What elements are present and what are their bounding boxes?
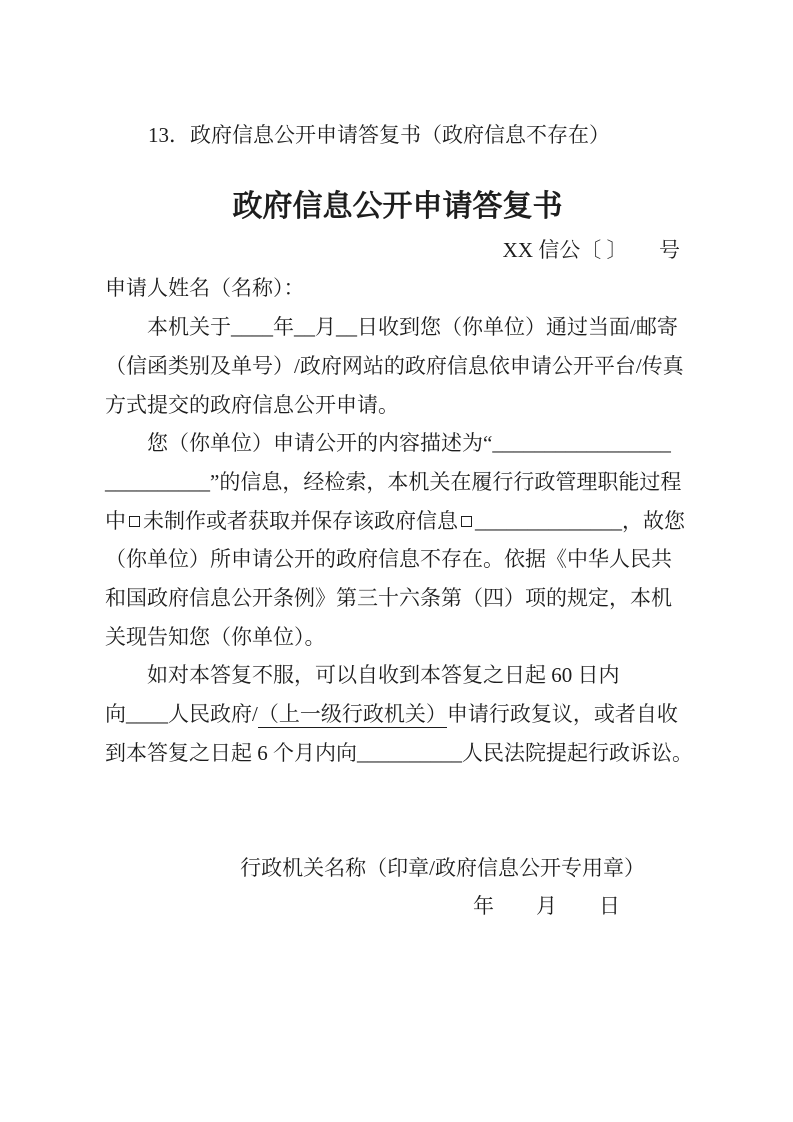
para-finding-line1: 您（你单位）申请公开的内容描述为“_________________ xyxy=(105,424,690,463)
document-title: 政府信息公开申请答复书 xyxy=(105,185,690,229)
para-remedy-line1: 如对本答复不服，可以自收到本答复之日起 60 日内 xyxy=(105,656,690,695)
para-receipt-line1: 本机关于____年__月__日收到您（你单位）通过当面/邮寄 xyxy=(105,308,690,347)
para-remedy-line2-underlined: （上一级行政机关） xyxy=(258,702,447,728)
checkbox-icon xyxy=(461,516,472,527)
para-finding-line2: __________”的信息，经检索，本机关在履行行政管理职能过程 xyxy=(105,463,690,502)
para-remedy-line3: 到本答复之日起 6 个月内向__________人民法院提起行政诉讼。 xyxy=(105,734,690,773)
checkbox-icon xyxy=(129,516,140,527)
agency-signature-line: 行政机关名称（印章/政府信息公开专用章） xyxy=(105,849,690,888)
para-finding-line6: 关现告知您（你单位）。 xyxy=(105,618,690,657)
para-receipt-line2: （信函类别及单号）/政府网站的政府信息依申请公开平台/传真 xyxy=(105,347,690,386)
date-signature-line: 年 月 日 xyxy=(105,887,690,926)
applicant-name-label: 申请人姓名（名称）： xyxy=(105,269,690,308)
para-finding-line3-post: ______________，故您 xyxy=(475,509,685,533)
para-remedy-line2-post: 申请行政复议，或者自收 xyxy=(447,702,678,726)
para-finding-line3-pre: 中 xyxy=(105,509,126,533)
section-index-label: 13．政府信息公开申请答复书（政府信息不存在） xyxy=(105,116,690,155)
document-page: 13．政府信息公开申请答复书（政府信息不存在） 政府信息公开申请答复书 XX 信… xyxy=(0,0,793,1122)
para-remedy-line2-pre: 向____人民政府/ xyxy=(105,702,258,726)
para-finding-line3: 中未制作或者获取并保存该政府信息______________，故您 xyxy=(105,502,690,541)
para-receipt-line3: 方式提交的政府信息公开申请。 xyxy=(105,386,690,425)
document-number: XX 信公〔 〕 号 xyxy=(105,231,690,270)
para-finding-line5: 和国政府信息公开条例》第三十六条第（四）项的规定，本机 xyxy=(105,579,690,618)
para-finding-line4: （你单位）所申请公开的政府信息不存在。依据《中华人民共 xyxy=(105,540,690,579)
para-finding-line3-mid: 未制作或者获取并保存该政府信息 xyxy=(143,509,458,533)
para-remedy-line2: 向____人民政府/（上一级行政机关）申请行政复议，或者自收 xyxy=(105,695,690,734)
